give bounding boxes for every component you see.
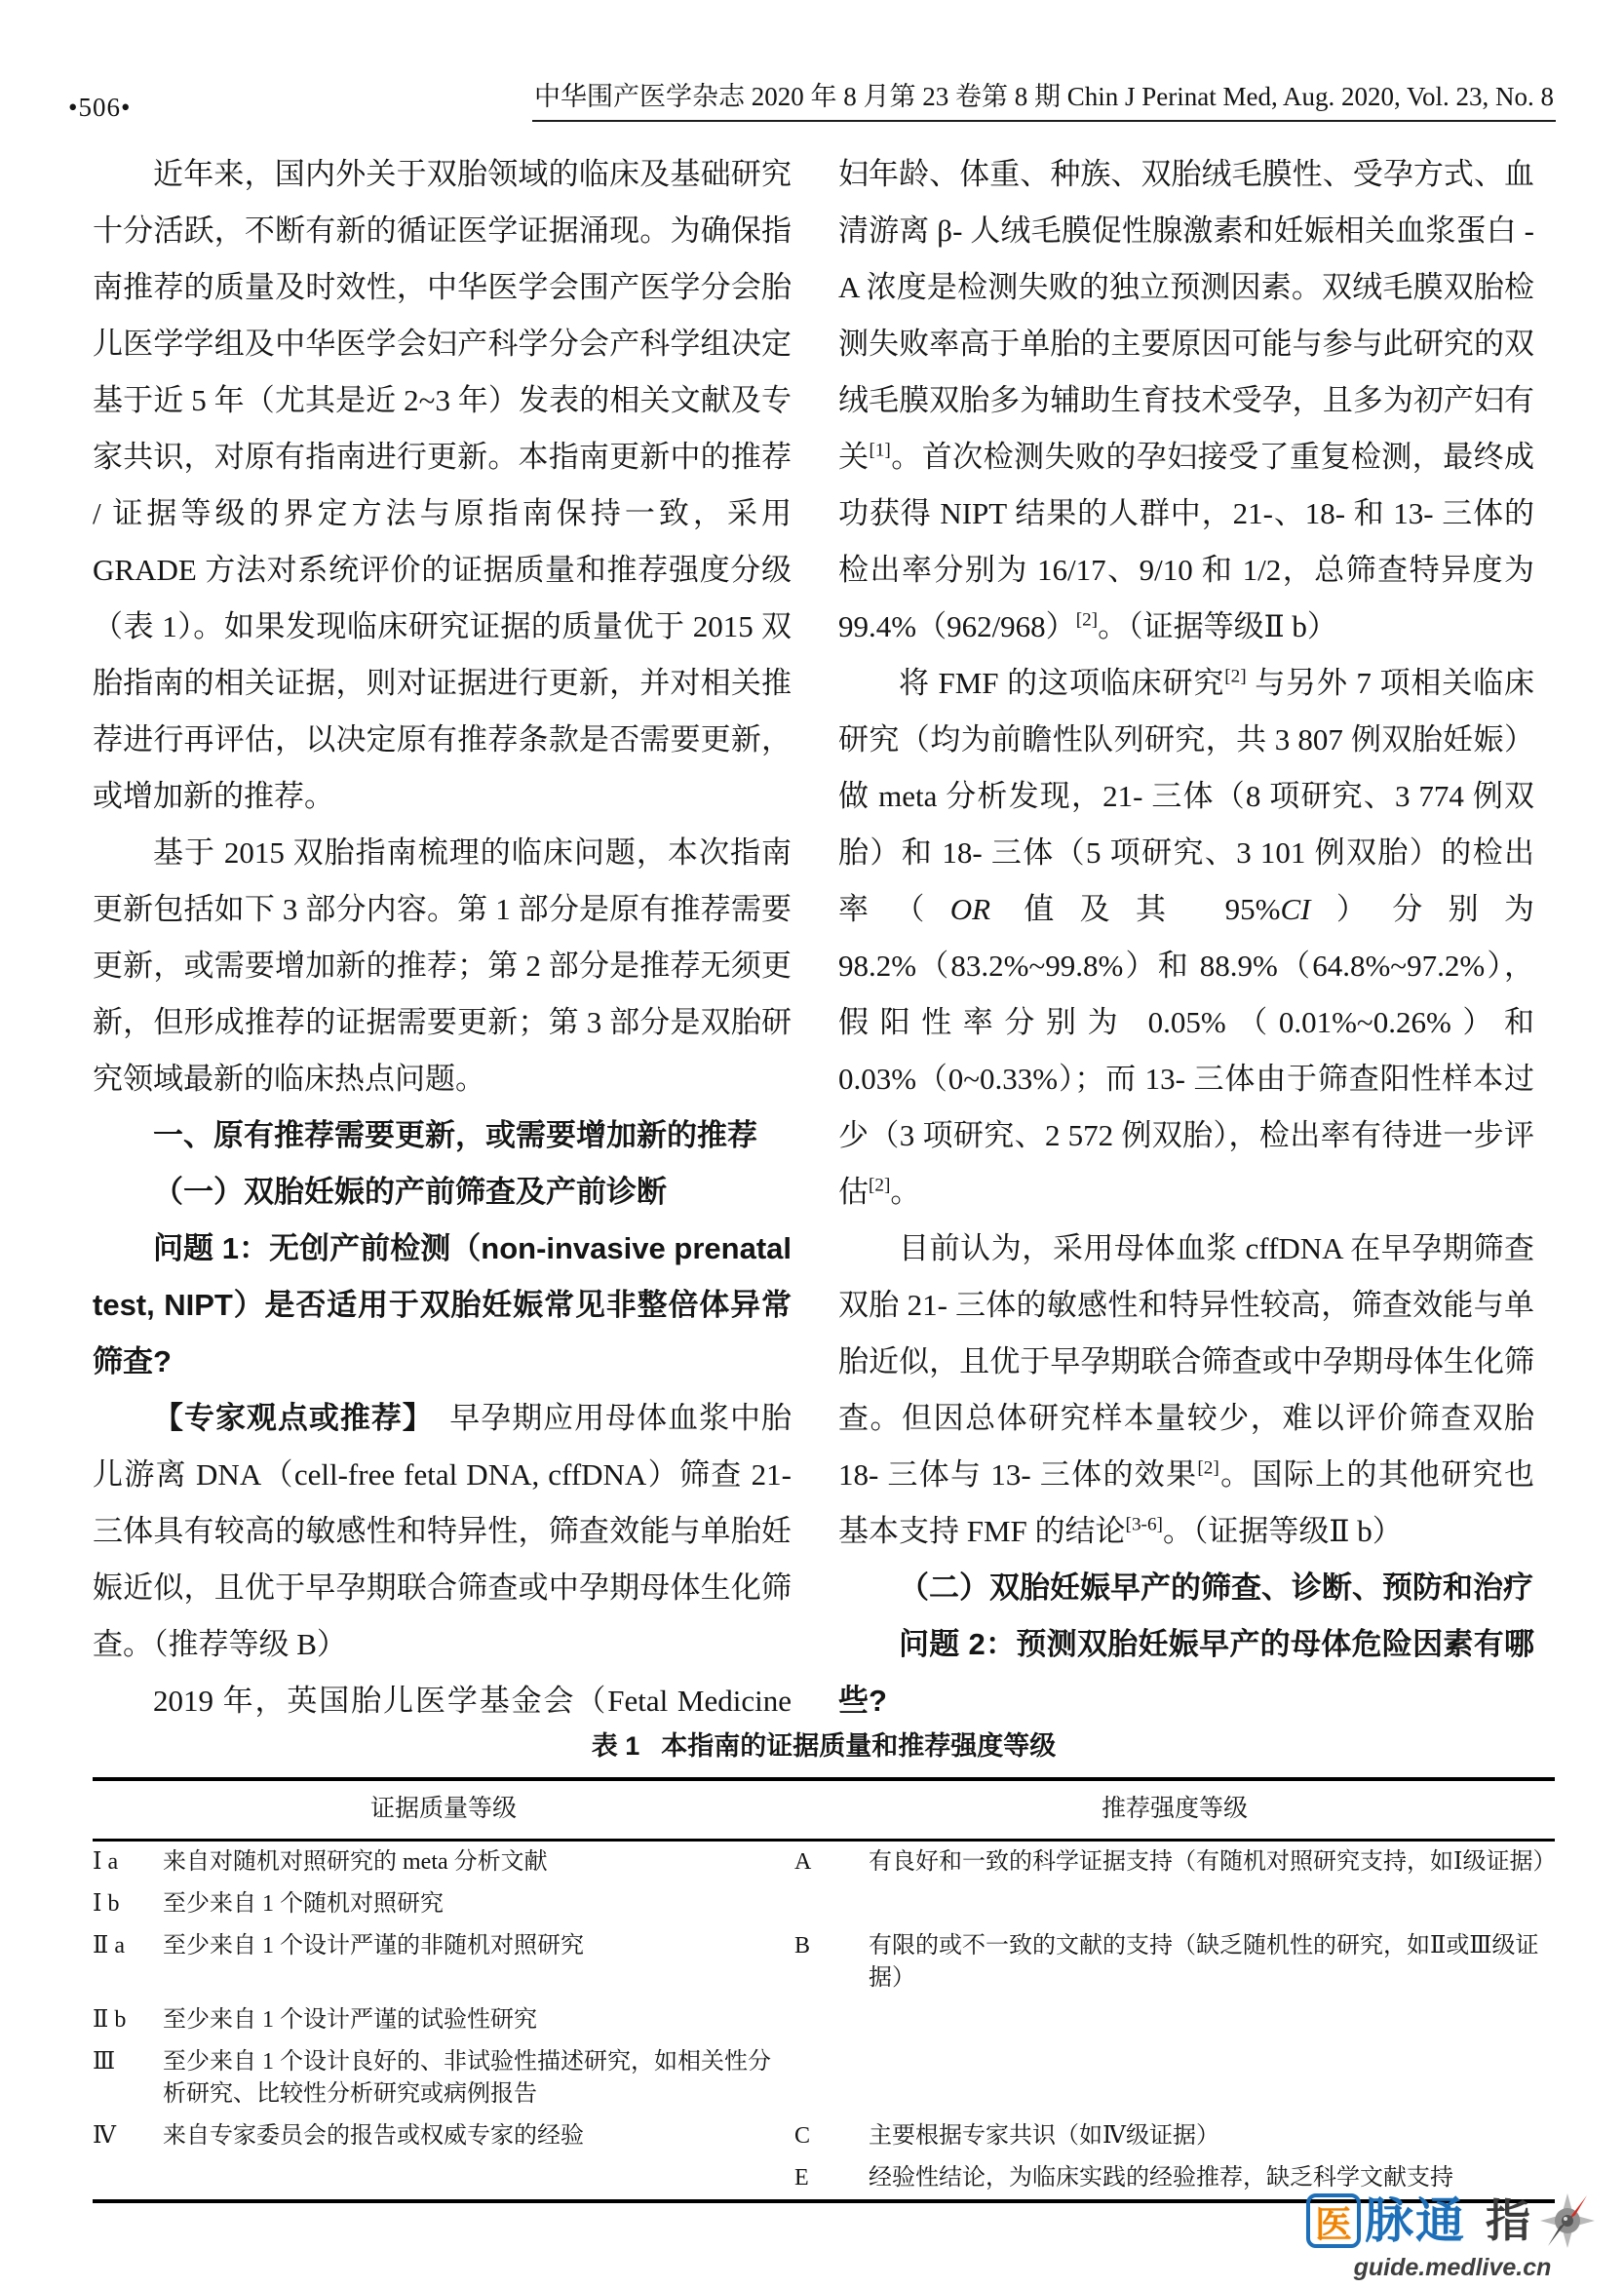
recommendation-desc-cell <box>869 2041 1555 2115</box>
table-row: Ⅳ来自专家委员会的报告或权威专家的经验C主要根据专家共识（如Ⅳ级证据） <box>93 2115 1555 2157</box>
table-1-label: 表 1 <box>592 1731 640 1761</box>
compass-icon <box>1536 2190 1599 2252</box>
evidence-grade-cell: Ⅱ b <box>93 1999 163 2041</box>
evidence-desc-cell: 至少来自 1 个设计良好的、非试验性描述研究，如相关性分析研究、比较性分析研究或… <box>163 2041 794 2115</box>
text-segment: CI <box>1280 892 1310 926</box>
reference-superscript: [1] <box>869 441 890 461</box>
body-paragraph: 妇年龄、体重、种族、双胎绒毛膜性、受孕方式、血清游离 β- 人绒毛膜促性腺激素和… <box>838 146 1534 655</box>
right-text-column: 妇年龄、体重、种族、双胎绒毛膜性、受孕方式、血清游离 β- 人绒毛膜促性腺激素和… <box>838 146 1534 1726</box>
table-row: Ⅱ b至少来自 1 个设计严谨的试验性研究 <box>93 1999 1555 2041</box>
recommendation-desc-cell: 主要根据专家共识（如Ⅳ级证据） <box>869 2115 1555 2157</box>
text-segment: 问题 1：无创产前检测（non-invasive prenatal test, … <box>93 1231 792 1378</box>
evidence-grade-cell: Ⅰ a <box>93 1841 163 1884</box>
recommendation-desc-cell: 有良好和一致的科学证据支持（有随机对照研究支持，如Ⅰ级证据） <box>869 1841 1555 1884</box>
body-paragraph: 近年来，国内外关于双胎领域的临床及基础研究十分活跃，不断有新的循证医学证据涌现。… <box>93 146 792 825</box>
medlive-logo-mark: 医 <box>1306 2193 1361 2248</box>
evidence-desc-cell: 至少来自 1 个设计严谨的试验性研究 <box>163 1999 794 2041</box>
reference-superscript: [2] <box>1076 610 1098 631</box>
recommendation-desc-cell <box>869 1999 1555 2041</box>
recommendation-strength-header: 推荐强度等级 <box>794 1779 1555 1841</box>
text-segment: 。（证据等级Ⅱ b） <box>1163 1514 1403 1548</box>
evidence-grade-cell <box>93 2157 163 2201</box>
left-text-column: 近年来，国内外关于双胎领域的临床及基础研究十分活跃，不断有新的循证医学证据涌现。… <box>93 146 792 1726</box>
table-body: Ⅰ a来自对随机对照研究的 meta 分析文献A有良好和一致的科学证据支持（有随… <box>93 1841 1555 2202</box>
evidence-grade-cell: Ⅲ <box>93 2041 163 2115</box>
recommendation-grade-cell: A <box>794 1841 869 1884</box>
evidence-desc-cell: 来自对随机对照研究的 meta 分析文献 <box>163 1841 794 1884</box>
text-segment: （一）双胎妊娠的产前筛查及产前诊断 <box>153 1175 667 1209</box>
body-paragraph: 【专家观点或推荐】 早孕期应用母体血浆中胎儿游离 DNA（cell-free f… <box>93 1390 792 1673</box>
reference-superscript: [3-6] <box>1126 1515 1163 1535</box>
text-segment: 。（证据等级Ⅱ b） <box>1098 609 1337 643</box>
heading-paragraph: （二）双胎妊娠早产的筛查、诊断、预防和治疗 <box>838 1560 1534 1616</box>
recommendation-grade-cell: E <box>794 2157 869 2201</box>
reference-superscript: [2] <box>1197 1458 1218 1479</box>
body-paragraph: 目前认为，采用母体血浆 cffDNA 在早孕期筛查双胎 21- 三体的敏感性和特… <box>838 1221 1534 1560</box>
recommendation-grade-cell <box>794 1883 869 1925</box>
text-segment: ）分别为 98.2%（83.2%~99.8%）和 88.9%（64.8%~97.… <box>838 892 1534 1209</box>
journal-header-line: 中华围产医学杂志 2020 年 8 月第 23 卷第 8 期 Chin J Pe… <box>532 82 1556 122</box>
journal-page: { "header": { "page_number": "•506•", "j… <box>0 0 1624 2288</box>
text-segment: OR <box>950 892 990 926</box>
text-segment: （二）双胎妊娠早产的筛查、诊断、预防和治疗 <box>899 1571 1533 1605</box>
evidence-grade-cell: Ⅱ a <box>93 1925 163 1999</box>
evidence-desc-cell: 至少来自 1 个设计严谨的非随机对照研究 <box>163 1925 794 1999</box>
text-segment: 基于 2015 双胎指南梳理的临床问题，本次指南更新包括如下 3 部分内容。第 … <box>93 835 792 1096</box>
table-row: Ⅲ至少来自 1 个设计良好的、非试验性描述研究，如相关性分析研究、比较性分析研究… <box>93 2041 1555 2115</box>
text-segment: 值及其 95% <box>990 892 1280 926</box>
heading-paragraph: 问题 2：预测双胎妊娠早产的母体危险因素有哪些? <box>838 1616 1534 1726</box>
running-head: •506• 中华围产医学杂志 2020 年 8 月第 23 卷第 8 期 Chi… <box>68 82 1556 122</box>
medlive-logo: 医 脉通 指 guide.medlive.cn <box>1306 2190 1599 2282</box>
recommendation-desc-cell: 有限的或不一致的文献的支持（缺乏随机性的研究，如Ⅱ或Ⅲ级证据） <box>869 1925 1555 1999</box>
reference-superscript: [2] <box>1224 667 1246 687</box>
table-1-caption: 本指南的证据质量和推荐强度等级 <box>661 1731 1056 1761</box>
evidence-desc-cell: 至少来自 1 个随机对照研究 <box>163 1883 794 1925</box>
medlive-url: guide.medlive.cn <box>1306 2254 1599 2282</box>
medlive-logo-row: 医 脉通 指 <box>1306 2190 1599 2252</box>
heading-paragraph: （一）双胎妊娠的产前筛查及产前诊断 <box>93 1164 792 1221</box>
text-segment: 妇年龄、体重、种族、双胎绒毛膜性、受孕方式、血清游离 β- 人绒毛膜促性腺激素和… <box>838 157 1534 474</box>
page-number: •506• <box>68 93 131 122</box>
recommendation-grade-cell: C <box>794 2115 869 2157</box>
body-paragraph: 2019 年，英国胎儿医学基金会（Fetal Medicine Foundati… <box>93 1673 792 1726</box>
table-row: Ⅱ a至少来自 1 个设计严谨的非随机对照研究B有限的或不一致的文献的支持（缺乏… <box>93 1925 1555 1999</box>
evidence-desc-cell <box>163 2157 794 2201</box>
text-segment: 早孕期应用母体血浆中胎儿游离 DNA（cell-free fetal DNA, … <box>93 1401 792 1661</box>
text-segment: 将 FMF 的这项临床研究 <box>899 666 1224 700</box>
table-1-section: 表 1本指南的证据质量和推荐强度等级 证据质量等级 推荐强度等级 Ⅰ a来自对随… <box>93 1730 1555 2203</box>
text-segment: 。 <box>890 1175 920 1209</box>
body-paragraph: 基于 2015 双胎指南梳理的临床问题，本次指南更新包括如下 3 部分内容。第 … <box>93 825 792 1107</box>
text-segment: 一、原有推荐需要更新，或需要增加新的推荐 <box>153 1118 757 1152</box>
text-segment: 近年来，国内外关于双胎领域的临床及基础研究十分活跃，不断有新的循证医学证据涌现。… <box>93 157 792 813</box>
evidence-quality-header: 证据质量等级 <box>93 1779 794 1841</box>
text-segment: 【专家观点或推荐】 <box>153 1401 418 1435</box>
table-1-title: 表 1本指南的证据质量和推荐强度等级 <box>93 1730 1555 1762</box>
evidence-grade-cell: Ⅰ b <box>93 1883 163 1925</box>
guide-text: 指 <box>1486 2198 1530 2243</box>
table-header-row: 证据质量等级 推荐强度等级 <box>93 1779 1555 1841</box>
recommendation-grade-cell: B <box>794 1925 869 1999</box>
recommendation-grade-cell <box>794 2041 869 2115</box>
heading-paragraph: 一、原有推荐需要更新，或需要增加新的推荐 <box>93 1107 792 1164</box>
heading-paragraph: 问题 1：无创产前检测（non-invasive prenatal test, … <box>93 1221 792 1390</box>
text-segment: 与另外 7 项相关临床研究（均为前瞻性队列研究，共 3 807 例双胎妊娠）做 … <box>838 666 1534 926</box>
reference-superscript: [2] <box>869 1176 890 1196</box>
text-segment: 目前认为，采用母体血浆 cffDNA 在早孕期筛查双胎 21- 三体的敏感性和特… <box>838 1231 1534 1492</box>
evidence-grade-table: 证据质量等级 推荐强度等级 Ⅰ a来自对随机对照研究的 meta 分析文献A有良… <box>93 1777 1555 2203</box>
text-segment: 问题 2：预测双胎妊娠早产的母体危险因素有哪些? <box>838 1627 1534 1718</box>
recommendation-grade-cell <box>794 1999 869 2041</box>
text-segment: 2019 年，英国胎儿医学基金会（Fetal Medicine Foundati… <box>93 1684 792 1726</box>
body-paragraph: 将 FMF 的这项临床研究[2] 与另外 7 项相关临床研究（均为前瞻性队列研究… <box>838 655 1534 1221</box>
evidence-desc-cell: 来自专家委员会的报告或权威专家的经验 <box>163 2115 794 2157</box>
evidence-grade-cell: Ⅳ <box>93 2115 163 2157</box>
recommendation-desc-cell <box>869 1883 1555 1925</box>
medlive-brand-text: 脉通 <box>1365 2196 1466 2245</box>
table-row: Ⅰ b至少来自 1 个随机对照研究 <box>93 1883 1555 1925</box>
table-row: Ⅰ a来自对随机对照研究的 meta 分析文献A有良好和一致的科学证据支持（有随… <box>93 1841 1555 1884</box>
